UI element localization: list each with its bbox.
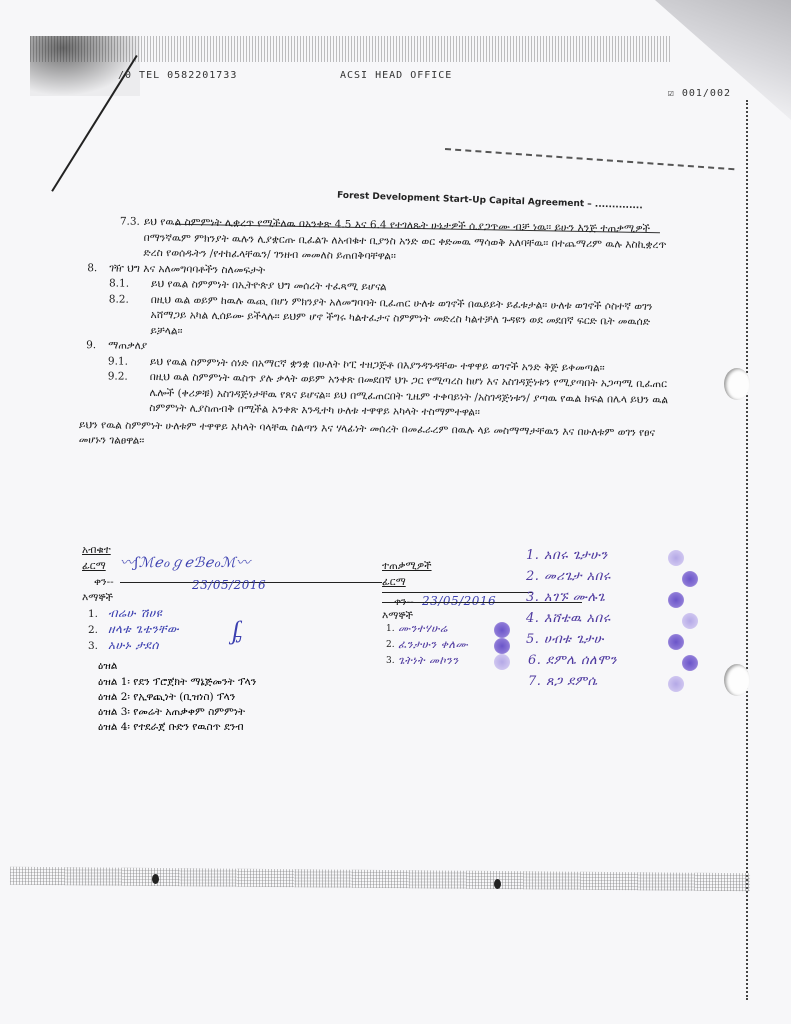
witness-name: ሙንተሃሁሬ: [398, 622, 448, 636]
document-title: Forest Development Start-Up Capital Agre…: [337, 191, 643, 212]
member-signature: 2. መሪጌታ አበሩ: [526, 569, 611, 584]
punch-hole: [724, 664, 750, 696]
member-signature: 5. ሀብቱ ጌታሁ: [526, 632, 604, 647]
dashed-divider: [445, 148, 735, 171]
witness-number: 1.: [88, 608, 98, 620]
closing-statement: ይህን የዉል ስምምነት ሁለቱም ተዋዋይ አካላት ባላቸዉ ስልጣን እ…: [79, 417, 679, 456]
thumbprint-stamp: [682, 571, 698, 587]
margin-rule: [746, 100, 749, 1000]
annex-item: ዕዝል 4፡ የተደራጀ ቡድን የዉስጥ ደንብ: [98, 721, 244, 734]
annex-item: ዕዝል 3፡ የመሬት አጠቃቀም ስምምነት: [98, 706, 245, 719]
fax-noise-band-bottom: [10, 867, 750, 891]
ink-blot: [494, 879, 501, 889]
left-signature-label: ፊርማ: [82, 560, 106, 573]
clause-number: 7.3.: [120, 215, 140, 231]
right-signature-label: ፊርማ: [382, 576, 406, 589]
witness-name: ብሬሁ ሽሀዩ: [108, 606, 162, 621]
fax-tel: /0 TEL 0582201733: [118, 70, 237, 81]
clause-9-2: 9.2.በዚህ ዉል ስምምነት ዉስጥ ያሉ ቃላት ወይም አንቀጽ በመደ…: [79, 369, 680, 424]
witness-number: 1.: [386, 624, 395, 634]
annex-label: ዕዝል: [98, 660, 117, 673]
witness-name: ፈንታሁን ቀለሙ: [398, 638, 468, 652]
right-date-value: 23/05/2016: [422, 594, 496, 608]
witness-name: ዘላቱ ጌቴንቸው: [108, 622, 179, 637]
left-signature: 〰ʃℳℯℴℊℯℬℯℴℳ〰: [120, 552, 251, 572]
left-date-value: 23/05/2016: [192, 578, 266, 592]
left-witnesses-label: እማኞች: [82, 592, 113, 605]
clause-8-2: 8.2.በዚህ ዉል ወይም ከዉሉ ዉጪ በሆነ ምክንያት አለመግባባት …: [80, 291, 681, 346]
agreement-body: 7.3.ይህ የዉል ስምምነት ሊቋረጥ የሚችለዉ በአንቀጽ 4.5 እና…: [79, 214, 682, 457]
fax-office: ACSI HEAD OFFICE: [340, 70, 452, 81]
thumbprint-stamp: [668, 592, 684, 608]
witness-name: አሁኑ ታደሰ: [108, 638, 159, 653]
thumbprint-stamp: [494, 638, 510, 654]
clause-text: በዚህ ዉል ስምምነት ዉስጥ ያሉ ቃላት ወይም አንቀጽ በመደበኛ ህ…: [79, 369, 680, 424]
scanned-page: /0 TEL 0582201733 ACSI HEAD OFFICE ☑ 001…: [0, 0, 791, 1024]
member-signature: 1. አበሩ ጌታሁን: [526, 548, 608, 563]
witness-name: ጌትነት መኮንን: [398, 654, 459, 668]
annex-item: ዕዝል 1፡ የደን ፕሮጀክት ማኔጅመንት ፕላን: [98, 676, 256, 689]
right-signature-rule: [382, 592, 532, 593]
thumbprint-stamp: [494, 622, 510, 638]
thumbprint-stamp: [668, 634, 684, 650]
ink-blot: [152, 874, 159, 884]
clause-number: 9.1.: [108, 354, 128, 370]
witness-number: 2.: [88, 624, 98, 636]
member-signature: 6. ደምሌ ሰለሞን: [528, 653, 617, 668]
fax-header: /0 TEL 0582201733 ACSI HEAD OFFICE ☑ 001…: [118, 70, 731, 90]
right-party-label: ተጠቃሚዎች: [382, 560, 432, 573]
clause-text: ይህ የዉል ስምምነት ሊቋረጥ የሚችለዉ በአንቀጽ 4.5 እና 6.4…: [123, 215, 682, 269]
annex-item: ዕዝል 2፡ የኢዋጪነት (ቢዝነስ) ፕላን: [98, 691, 235, 704]
thumbprint-stamp: [682, 655, 698, 671]
clause-number: 8.1.: [109, 276, 129, 292]
clause-number: 9.: [86, 338, 96, 354]
member-signature: 7. ጸጋ ደምሴ: [528, 674, 598, 689]
clause-text: በዚህ ዉል ወይም ከዉሉ ዉጪ በሆነ ምክንያት አለመግባባት ቢፈጠር…: [80, 291, 681, 346]
member-signature: 4. እሸቴዉ አበሩ: [526, 611, 611, 626]
left-party-label: አብቁተ: [82, 544, 111, 557]
left-witness-signature: ᶋ: [232, 616, 242, 646]
clause-number: 8.2.: [109, 292, 129, 308]
fax-page-counter: ☑ 001/002: [668, 88, 731, 99]
thumbprint-stamp: [668, 550, 684, 566]
clause-7-3: 7.3.ይህ የዉል ስምምነት ሊቋረጥ የሚችለዉ በአንቀጽ 4.5 እና…: [81, 214, 682, 269]
witness-number: 2.: [386, 640, 395, 650]
clause-number: 9.2.: [108, 369, 128, 385]
member-signature: 3. አገኙ ሙሉጌ: [526, 590, 606, 605]
punch-hole: [724, 368, 750, 400]
witness-number: 3.: [88, 640, 98, 652]
clause-number: 8.: [87, 261, 97, 277]
left-date-label: ቀን--: [94, 576, 114, 589]
thumbprint-stamp: [494, 654, 510, 670]
witness-number: 3.: [386, 656, 395, 666]
thumbprint-stamp: [682, 613, 698, 629]
thumbprint-stamp: [668, 676, 684, 692]
